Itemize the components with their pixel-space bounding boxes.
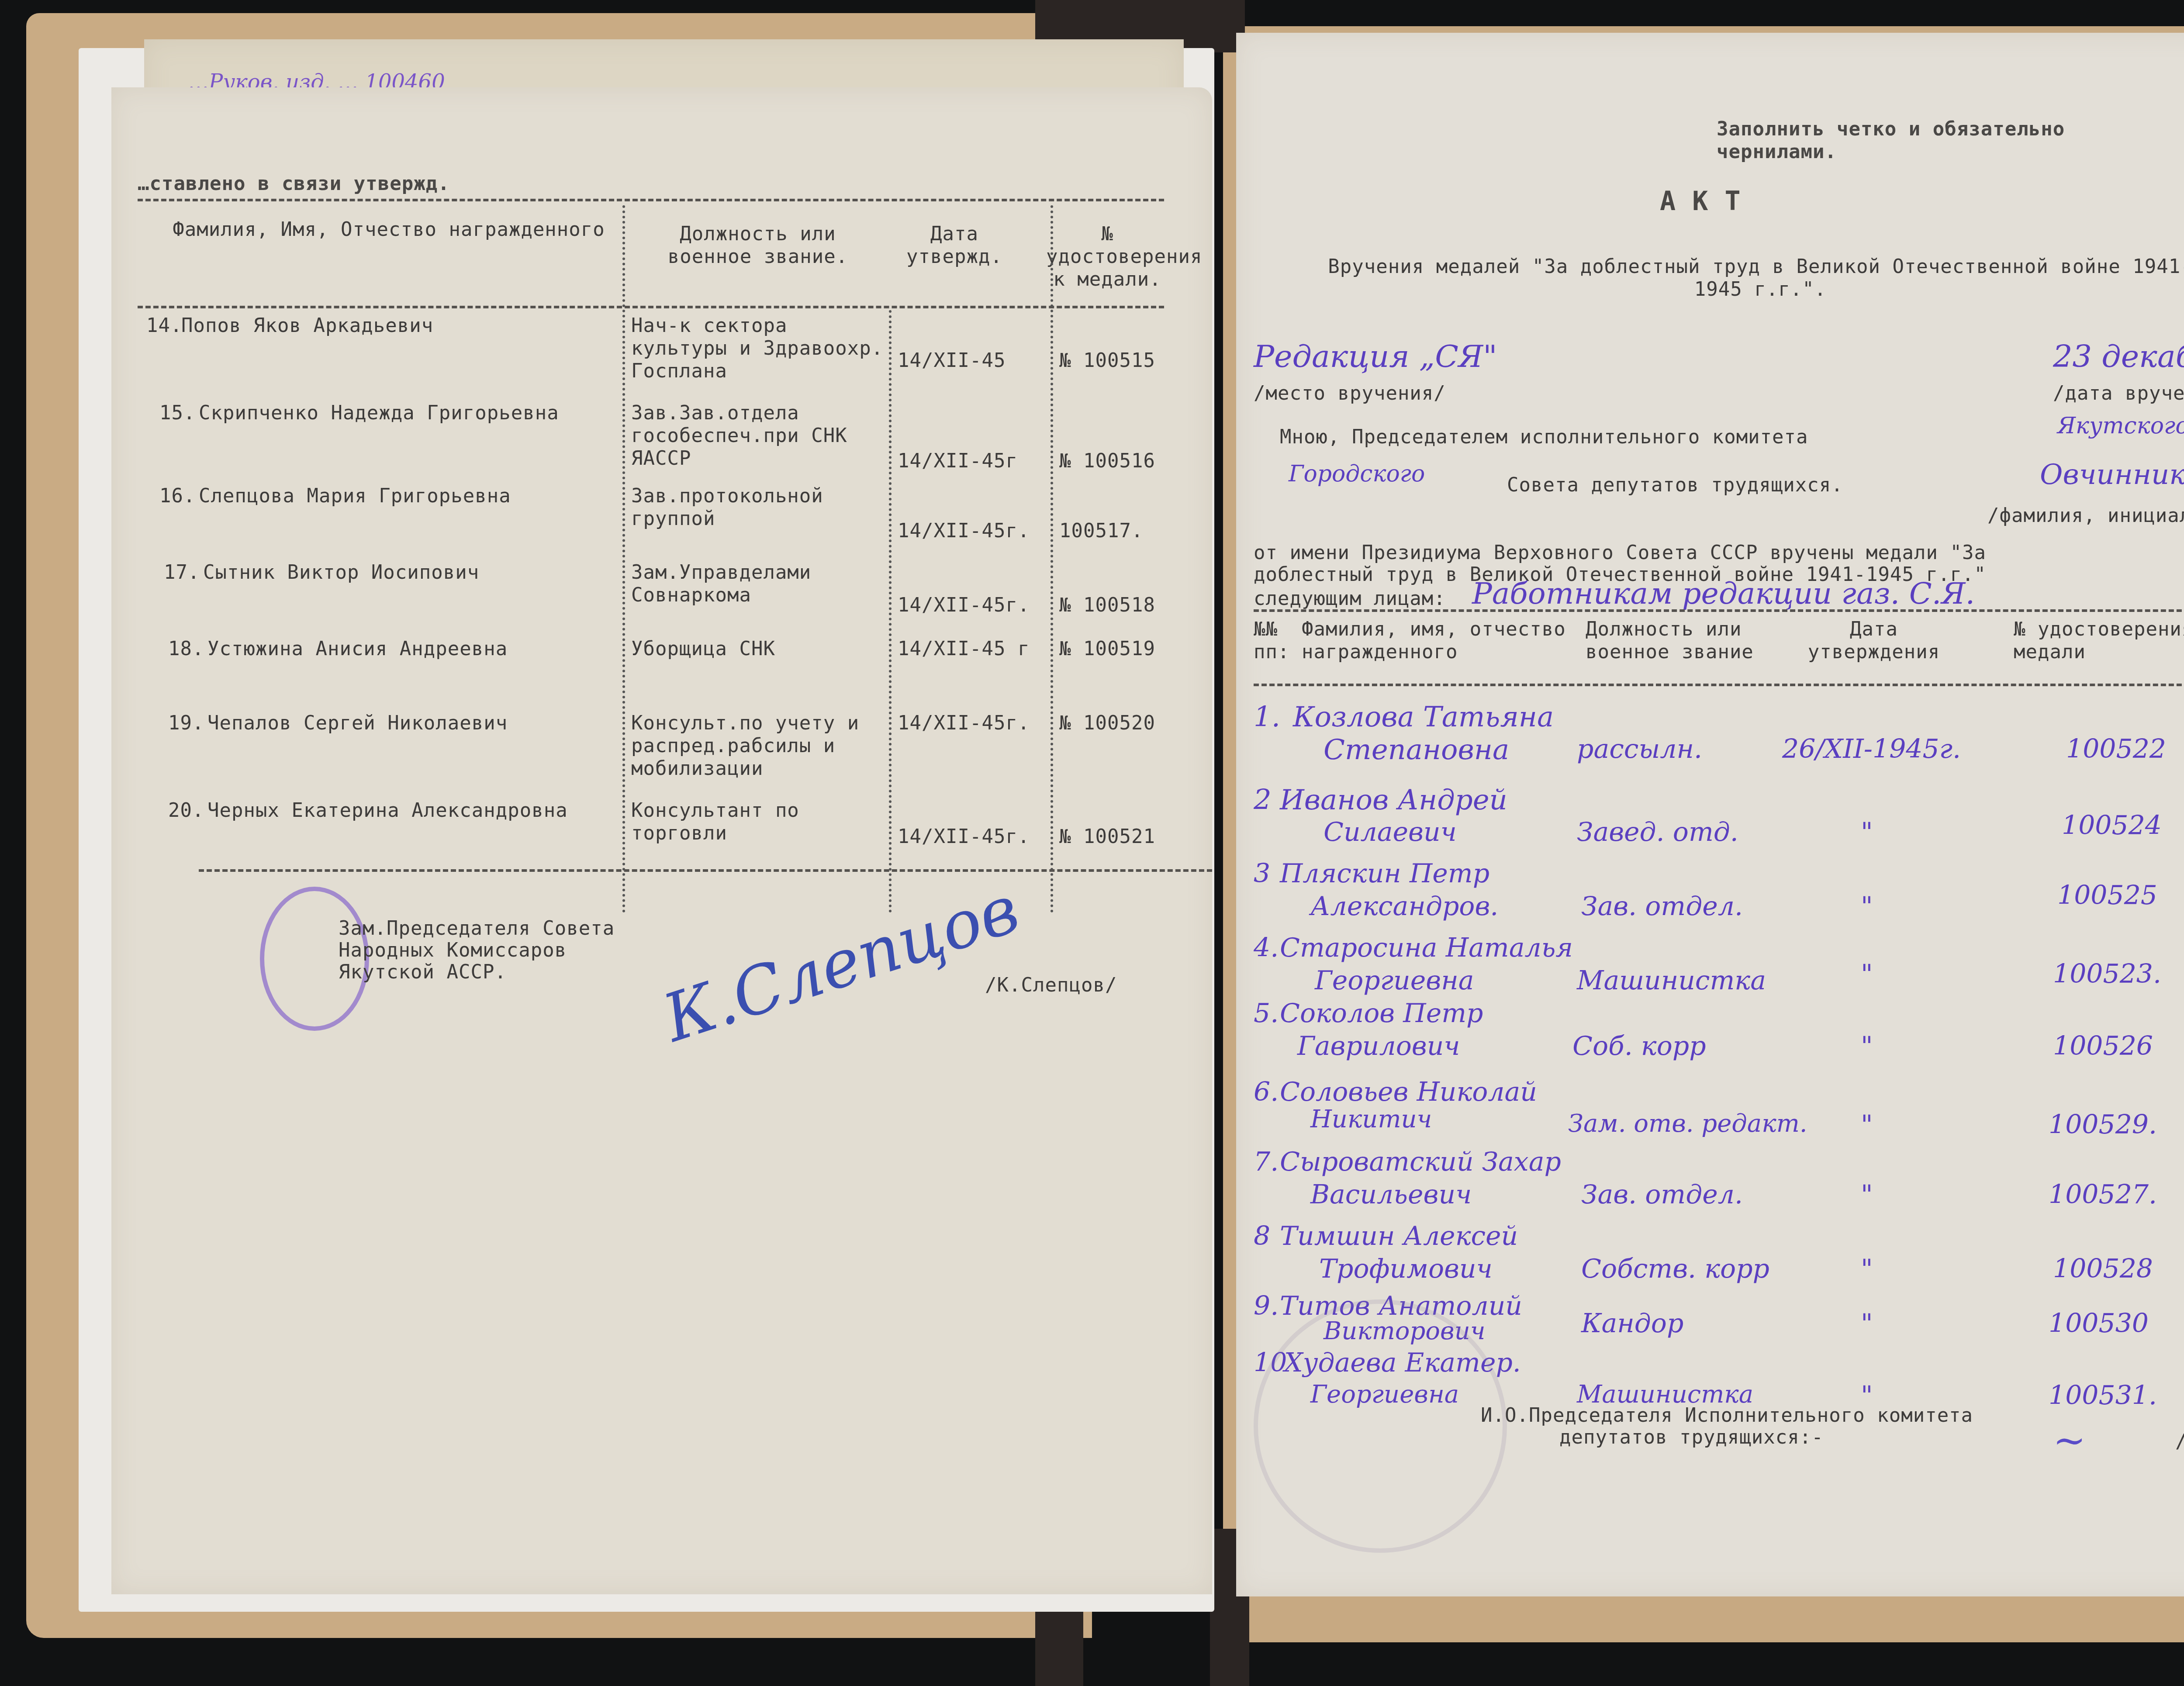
col-header-num: №№ пп: [1254,618,1302,663]
row-name-line2: Трофимович [1319,1254,1493,1284]
table-rule-header [138,306,1164,308]
document-title: А К Т [1660,190,1741,213]
row-date: " [1861,1254,1873,1284]
table-rule-bottom [199,869,1212,872]
row-position: Зав. отдел. [1581,891,1743,922]
row-name: Сытник Виктор Иосипович [203,561,622,584]
col-header-date: Дата утвержд. [889,223,1020,268]
row-name-line1: Соколов Петр [1280,998,1483,1029]
row-position: Зав.протокольной группой [631,485,885,530]
row-num: 2 [1254,784,1272,816]
row-position: Завед. отд. [1577,817,1738,847]
committee-value: Якутского [2057,413,2184,439]
recipients-value: Работникам редакции газ. С.Я. [1472,577,1975,611]
row-name-line2: Александров. [1310,891,1498,922]
left-page: …ставлено в связи утвержд. Фамилия, Имя,… [111,87,1212,1594]
col-header-cert: № удостоверения к медали. [1046,223,1168,291]
row-position: Уборщица СНК [631,638,885,660]
row-cert: 100526 [2053,1031,2153,1061]
row-num: 7. [1254,1147,1279,1177]
row-cert: 100530 [2049,1308,2149,1339]
table-rule-header [1254,684,2184,686]
row-cert: № 100515 [1059,349,1155,372]
signatory-title-line1: Зам.Председателя Совета [339,917,615,940]
row-num: 9. [1254,1291,1279,1321]
row-position: Зам.Управделами Совнаркома [631,561,885,607]
row-num: 17. [164,561,200,584]
col-divider [1051,205,1053,913]
row-cert: 100527. [2049,1179,2157,1210]
row-name-line2: Георгиевна [1315,965,1474,996]
row-num: 6. [1254,1077,1279,1107]
row-num: 4. [1254,933,1279,963]
row-num: 15. [159,402,195,425]
row-position: Зав. отдел. [1581,1179,1743,1210]
row-cert: 100528 [2053,1254,2153,1284]
faint-stamp [1254,1299,1507,1553]
row-cert: 100522 [2066,734,2166,764]
row-name-line1: Соловьев Николай [1280,1077,1537,1107]
row-num: 1. [1254,701,1280,733]
row-date: 14/XII-45г. [898,594,1030,617]
right-page: Заполнить четко и обязательно чернилами.… [1236,33,2184,1596]
row-name: Слепцова Мария Григорьевна [199,485,618,508]
row-date: 14/XII-45г. [898,520,1030,542]
row-date: " [1861,959,1873,989]
signatory-typed-name: /К.Слепцов/ [985,974,1117,997]
council-city-value: Городского [1289,461,1425,487]
row-cert: 100531. [2049,1380,2157,1411]
row-cert: № 100518 [1059,594,1155,617]
row-name-line2: Силаевич [1324,817,1457,847]
handwritten-signature: К.Слепцов [655,871,1028,1057]
footer-signatory-line2: депутатов трудящихся:- [1559,1426,1824,1449]
row-position: Соб. корр [1572,1031,1706,1061]
row-name-line1: Козлова Татьяна [1293,701,1554,733]
row-date: " [1861,817,1873,847]
row-name: Черных Екатерина Александровна [207,799,618,822]
col-divider [622,205,625,913]
row-position: Консульт.по учету и распред.рабсилы и мо… [631,712,885,780]
row-date: " [1861,891,1873,922]
table-rule-top [138,199,1164,201]
col-header-position: Должность или военное звание [1586,618,1760,663]
row-name: Устюжина Анисия Андреевна [207,638,618,660]
row-date: 14/XII-45 г [898,638,1030,660]
row-cert: № 100520 [1059,712,1155,735]
date-of-award-value: 23 декабря 1945 [2053,339,2184,374]
document-subtitle: Вручения медалей "За доблестный труд в В… [1324,256,2184,301]
chairman-name-label: /фамилия, инициалы/ [1987,504,2184,527]
row-cert: 100525 [2057,880,2157,911]
signatory-title-line2: Народных Комиссаров [339,939,567,962]
row-name-line1: Старосина Наталья [1280,933,1573,963]
col-header-cert: № удостоверения и медали [2014,618,2184,663]
signatory-title-line3: Якутской АССР. [339,961,507,984]
footer-signatory-line1: И.О.Председателя Исполнительного комитет… [1481,1404,1973,1427]
row-date: 14/XII-45 [898,349,1006,372]
row-date: 26/XII-1945г. [1782,734,1961,764]
row-name-line1: Иванов Андрей [1280,784,1507,816]
row-num: 8 [1254,1221,1270,1251]
row-cert: № 100516 [1059,450,1155,473]
place-of-award-value: Редакция „СЯ" [1254,339,1497,374]
row-name-line1: Сыроватский Захар [1280,1147,1561,1177]
row-num: 19. [168,712,204,735]
row-position: Нач-к сектора культуры и Здравоохр. Госп… [631,314,885,383]
row-date: " [1861,1308,1873,1339]
row-position: Собств. корр [1581,1254,1769,1284]
row-cert: № 100519 [1059,638,1155,660]
row-num: 16. [159,485,195,508]
row-position: Зав.Зав.отдела гособеспеч.при СНК ЯАССР [631,402,885,470]
row-cert: 100523. [2053,959,2161,989]
row-name-line1: Пляскин Петр [1280,858,1489,889]
row-name-line2: Степановна [1324,734,1509,766]
row-num: 3 [1254,858,1270,889]
fill-instruction-note: Заполнить четко и обязательно чернилами. [1717,118,2153,163]
row-cert: 100529. [2049,1109,2157,1140]
col-header-name: Фамилия, Имя, Отчество награжденного [159,218,618,241]
row-position: Зам. отв. редакт. [1568,1109,1807,1138]
row-num: 14. [146,314,182,337]
col-header-date: Дата утверждения [1782,618,1966,663]
footer-signatory-name: /Юдахов/ [2175,1430,2184,1453]
row-cert: 100517. [1059,520,1143,542]
row-num: 5. [1254,998,1279,1029]
body-text-line1: от имени Президиума Верховного Совета СС… [1254,542,1986,564]
recipients-label: следующим лицам: [1254,587,1446,610]
row-num: 18. [168,638,204,660]
col-header-name: Фамилия, имя, отчество награжденного [1302,618,1572,663]
row-date: " [1861,1179,1873,1210]
row-position: Машинистка [1577,965,1766,996]
row-date: 14/XII-45г. [898,712,1030,735]
committee-line: Мною, Председателем исполнительного коми… [1280,426,1808,449]
date-of-award-label: /дата вручения/ [2053,382,2184,405]
row-date: 14/XII-45г [898,450,1018,473]
place-of-award-label: /место вручения/ [1254,382,1446,405]
row-num: 20. [168,799,204,822]
row-name-line1: Тимшин Алексей [1280,1221,1518,1251]
row-position: Консультант по торговли [631,799,885,845]
row-name-line2: Васильевич [1310,1179,1472,1210]
row-date: " [1861,1031,1873,1061]
row-name-line2: Гаврилович [1297,1031,1460,1061]
row-position: рассылн. [1577,734,1702,764]
council-line: Совета депутатов трудящихся. [1507,474,1843,497]
row-position: Кандор [1581,1308,1683,1339]
row-name: Попов Яков Аркадьевич [181,314,609,337]
footer-signature: ~ [2053,1417,2086,1463]
row-date: 14/XII-45г. [898,826,1030,848]
row-cert: № 100521 [1059,826,1155,848]
table-rule-top [1254,609,2184,612]
row-name-line2: Никитич [1310,1105,1432,1133]
row-name: Скрипченко Надежда Григорьевна [199,402,618,425]
row-date: " [1861,1109,1873,1140]
col-header-position: Должность или военное звание. [649,223,867,268]
col-divider [889,310,892,913]
left-heading-fragment: …ставлено в связи утвержд. [138,173,450,195]
chairman-name-value: Овчинникова В.П. [2040,459,2184,491]
row-name: Чепалов Сергей Николаевич [207,712,618,735]
row-cert: 100524 [2062,810,2162,841]
